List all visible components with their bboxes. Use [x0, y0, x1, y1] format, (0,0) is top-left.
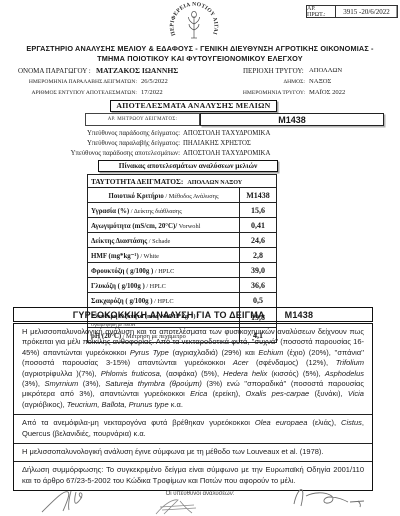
- responsible-value: ΑΠΟΣΤΟΛΗ ΤΑΧΥΔΡΟΜΙΚΑ: [183, 150, 270, 160]
- responsible-label: Υπεύθυνος παράδοσης αποτελεσμάτων:: [0, 150, 180, 160]
- signature-center: [150, 498, 206, 516]
- harvest-region-value: ΑΠΟΛΛΩΝ: [309, 67, 342, 74]
- sample-column-header: M1438: [240, 188, 276, 202]
- identity-value: ΑΠΟΛΛΩΝ ΝΑΞΟΥ: [187, 180, 242, 186]
- responsibles-block: Υπεύθυνος παράδοσης δείγματος: ΑΠΟΣΤΟΛΗ …: [0, 130, 400, 160]
- table-row: Φρουκτόζη ( g/100g ) / HPLC 39,0: [88, 262, 276, 277]
- table-row: Γλυκόζη ( g/100g ) / HPLC 36,6: [88, 277, 276, 292]
- table-row: Δείκτης Διαστάσης / Schade 24,6: [88, 232, 276, 247]
- producer-label: ΟΝΟΜΑ ΠΑΡΑΓΩΓΟΥ :: [18, 67, 91, 75]
- sample-registry-label: ΑΡ. ΜΗΤΡΩΟΥ ΔΕΙΓΜΑΤΟΣ:: [85, 113, 200, 126]
- sample-registry-id: M1438: [200, 113, 384, 126]
- signature-icon: [288, 482, 368, 512]
- result-value: 39,0: [240, 263, 276, 277]
- harvest-date-value: ΜΑΪΟΣ 2022: [309, 89, 345, 96]
- signature-right: [288, 482, 368, 512]
- result-value: 0,41: [240, 218, 276, 232]
- result-value: 15,6: [240, 203, 276, 217]
- responsible-value: ΠΗΛΙΑΚΗΣ ΧΡΗΣΤΟΣ: [183, 140, 251, 150]
- criterion: HMF (mg*kg⁻¹): [91, 253, 139, 260]
- method: / White: [139, 253, 159, 260]
- table-row: Σακχαρόζη ( g/100g ) / HPLC 0,5: [88, 292, 276, 307]
- org-title-line2: ΤΜΗΜΑ ΠΟΙΟΤΙΚΟΥ ΚΑΙ ΦΥΤΟΥΓΕΙΟΝΟΜΙΚΟΥ ΕΛΕ…: [0, 54, 400, 63]
- table-header-row: Ποιοτικό Κριτήριο / Μέθοδος Ανάλυσης M14…: [88, 187, 276, 202]
- criterion: Σακχαρόζη ( g/100g ): [91, 298, 153, 305]
- received-date-label: ΗΜΕΡΟΜΗΝΙΑ ΠΑΡΑΛΑΒΗΣ ΔΕΙΓΜΑΤΩΝ:: [0, 79, 137, 85]
- table-identity-row: ΤΑΥΤΟΤΗΤΑ ΔΕΙΓΜΑΤΟΣ:ΑΠΟΛΛΩΝ ΝΑΞΟΥ: [88, 175, 276, 187]
- criterion: Αγωγιμότητα (mS/cm, 20°C)/: [91, 223, 177, 230]
- result-value: 24,6: [240, 233, 276, 247]
- form-number-label: ΑΡΙΘΜΟΣ ΕΝΤΥΠΟΥ ΑΠΟΤΕΛΕΣΜΑΤΩΝ:: [0, 90, 137, 96]
- responsible-delivery-sample: Υπεύθυνος παράδοσης δείγματος: ΑΠΟΣΤΟΛΗ …: [0, 130, 400, 140]
- identity-label: ΤΑΥΤΟΤΗΤΑ ΔΕΙΓΜΑΤΟΣ:: [91, 177, 183, 186]
- producer-name: ΜΑΤΖΑΚΟΣ ΙΩΑΝΝΗΣ: [96, 66, 178, 75]
- municipality-label: ΔΗΜΟΣ:: [200, 79, 305, 85]
- table-title: Πίνακας αποτελεσμάτων αναλύσεων μελιών: [98, 160, 278, 172]
- method-header: / Μέθοδος Ανάλυσης: [164, 193, 219, 200]
- result-value: 36,6: [240, 278, 276, 292]
- method: / HPLC: [153, 268, 174, 275]
- pollen-paragraph-melissopalynology: Η μελισσοπαλυνολογική ανάλυση και τα απο…: [14, 324, 372, 414]
- org-title-line1: ΕΡΓΑΣΤΗΡΙΟ ΑΝΑΛΥΣΗΣ ΜΕΛΙΟΥ & ΕΔΑΦΟΥΣ - Γ…: [0, 44, 400, 53]
- svg-text:ΠΕΡΙΦΕΡΕΙΑ ΝΟΤΙΟΥ ΑΙΓΑΙΟΥ: ΠΕΡΙΦΕΡΕΙΑ ΝΟΤΙΟΥ ΑΙΓΑΙΟΥ: [165, 0, 219, 36]
- responsible-label: Υπεύθυνος παράδοσης δείγματος:: [0, 130, 180, 140]
- criterion: Δείκτης Διαστάσης: [91, 238, 147, 245]
- received-date-value: 26/5/2022: [141, 78, 168, 85]
- responsible-receipt-sample: Υπεύθυνος παραλαβής δείγματος: ΠΗΛΙΑΚΗΣ …: [0, 140, 400, 150]
- criterion: Φρουκτόζη ( g/100g ): [91, 268, 153, 275]
- signature-icon: [150, 498, 206, 516]
- pollen-analysis-title: ΓΥΡΕΟΚΟΚΚΙΚΗ ΑΝΑΛΥΣΗ ΓΙΑ ΤΟ ΔΕΙΓΜΑ M1438: [13, 307, 373, 322]
- seal-plant-emblem: [189, 11, 200, 38]
- result-value: 2,8: [240, 248, 276, 262]
- form-number-value: 17/2022: [141, 89, 163, 96]
- result-value: 0,5: [240, 293, 276, 307]
- signature-icon: [38, 488, 108, 516]
- method: / HPLC: [145, 283, 166, 290]
- table-row: HMF (mg*kg⁻¹) / White 2,8: [88, 247, 276, 262]
- harvest-date-label: ΗΜΕΡΟΜΗΝΙΑ ΤΡΥΓΟΥ:: [200, 90, 305, 96]
- seal-text: ΠΕΡΙΦΕΡΕΙΑ ΝΟΤΙΟΥ ΑΙΓΑΙΟΥ: [165, 0, 219, 36]
- honey-analysis-report: ΠΕΡΙΦΕΡΕΙΑ ΝΟΤΙΟΥ ΑΙΓΑΙΟΥ ΑΡ. ΠΡΩΤ.: 391…: [0, 0, 400, 516]
- pollen-title-text: ΓΥΡΕΟΚΟΚΚΙΚΗ ΑΝΑΛΥΣΗ ΓΙΑ ΤΟ ΔΕΙΓΜΑ: [73, 310, 265, 320]
- criterion-header: Ποιοτικό Κριτήριο: [109, 193, 164, 200]
- responsible-value: ΑΠΟΣΤΟΛΗ ΤΑΧΥΔΡΟΜΙΚΑ: [183, 130, 270, 140]
- table-row: Υγρασία (%) / Δείκτης διάθλασης 15,6: [88, 202, 276, 217]
- method: / HPLC: [153, 298, 174, 305]
- pollen-paragraph-method: Η μελισσοπαλυνολογική ανάλυση έγινε σύμφ…: [14, 443, 372, 461]
- method: / Δείκτης διάθλασης: [129, 208, 182, 215]
- responsible-label: Υπεύθυνος παραλαβής δείγματος:: [0, 140, 180, 150]
- seal-icon: ΠΕΡΙΦΕΡΕΙΑ ΝΟΤΙΟΥ ΑΙΓΑΙΟΥ: [165, 0, 223, 47]
- criterion: Υγρασία (%): [91, 208, 129, 215]
- protocol-label: ΑΡ. ΠΡΩΤ.:: [307, 6, 336, 17]
- responsible-delivery-results: Υπεύθυνος παράδοσης αποτελεσμάτων: ΑΠΟΣΤ…: [0, 150, 400, 160]
- municipality-value: ΝΑΞΟΣ: [309, 78, 331, 85]
- pollen-analysis-body: Η μελισσοπαλυνολογική ανάλυση και τα απο…: [13, 323, 373, 491]
- method: Vorwohl: [177, 223, 200, 230]
- protocol-value: 3915 -20/6/2022: [336, 6, 397, 17]
- signature-left: [38, 488, 108, 516]
- results-title: ΑΠΟΤΕΛΕΣΜΑΤΑ ΑΝΑΛΥΣΗΣ ΜΕΛΙΩΝ: [110, 100, 277, 112]
- harvest-region-label: ΠΕΡΙΟΧΗ ΤΡΥΓΟΥ:: [243, 67, 304, 75]
- table-row: Αγωγιμότητα (mS/cm, 20°C)/ Vorwohl 0,41: [88, 217, 276, 232]
- method: / Schade: [147, 238, 170, 245]
- pollen-title-sample-id: M1438: [285, 310, 314, 320]
- pollen-paragraph-anemophilous: Από τα ανεμόφιλα-μη νεκταρογόνα φυτά βρέ…: [14, 414, 372, 443]
- criterion: Γλυκόζη ( g/100g ): [91, 283, 145, 290]
- protocol-box: ΑΡ. ΠΡΩΤ.: 3915 -20/6/2022: [306, 5, 398, 18]
